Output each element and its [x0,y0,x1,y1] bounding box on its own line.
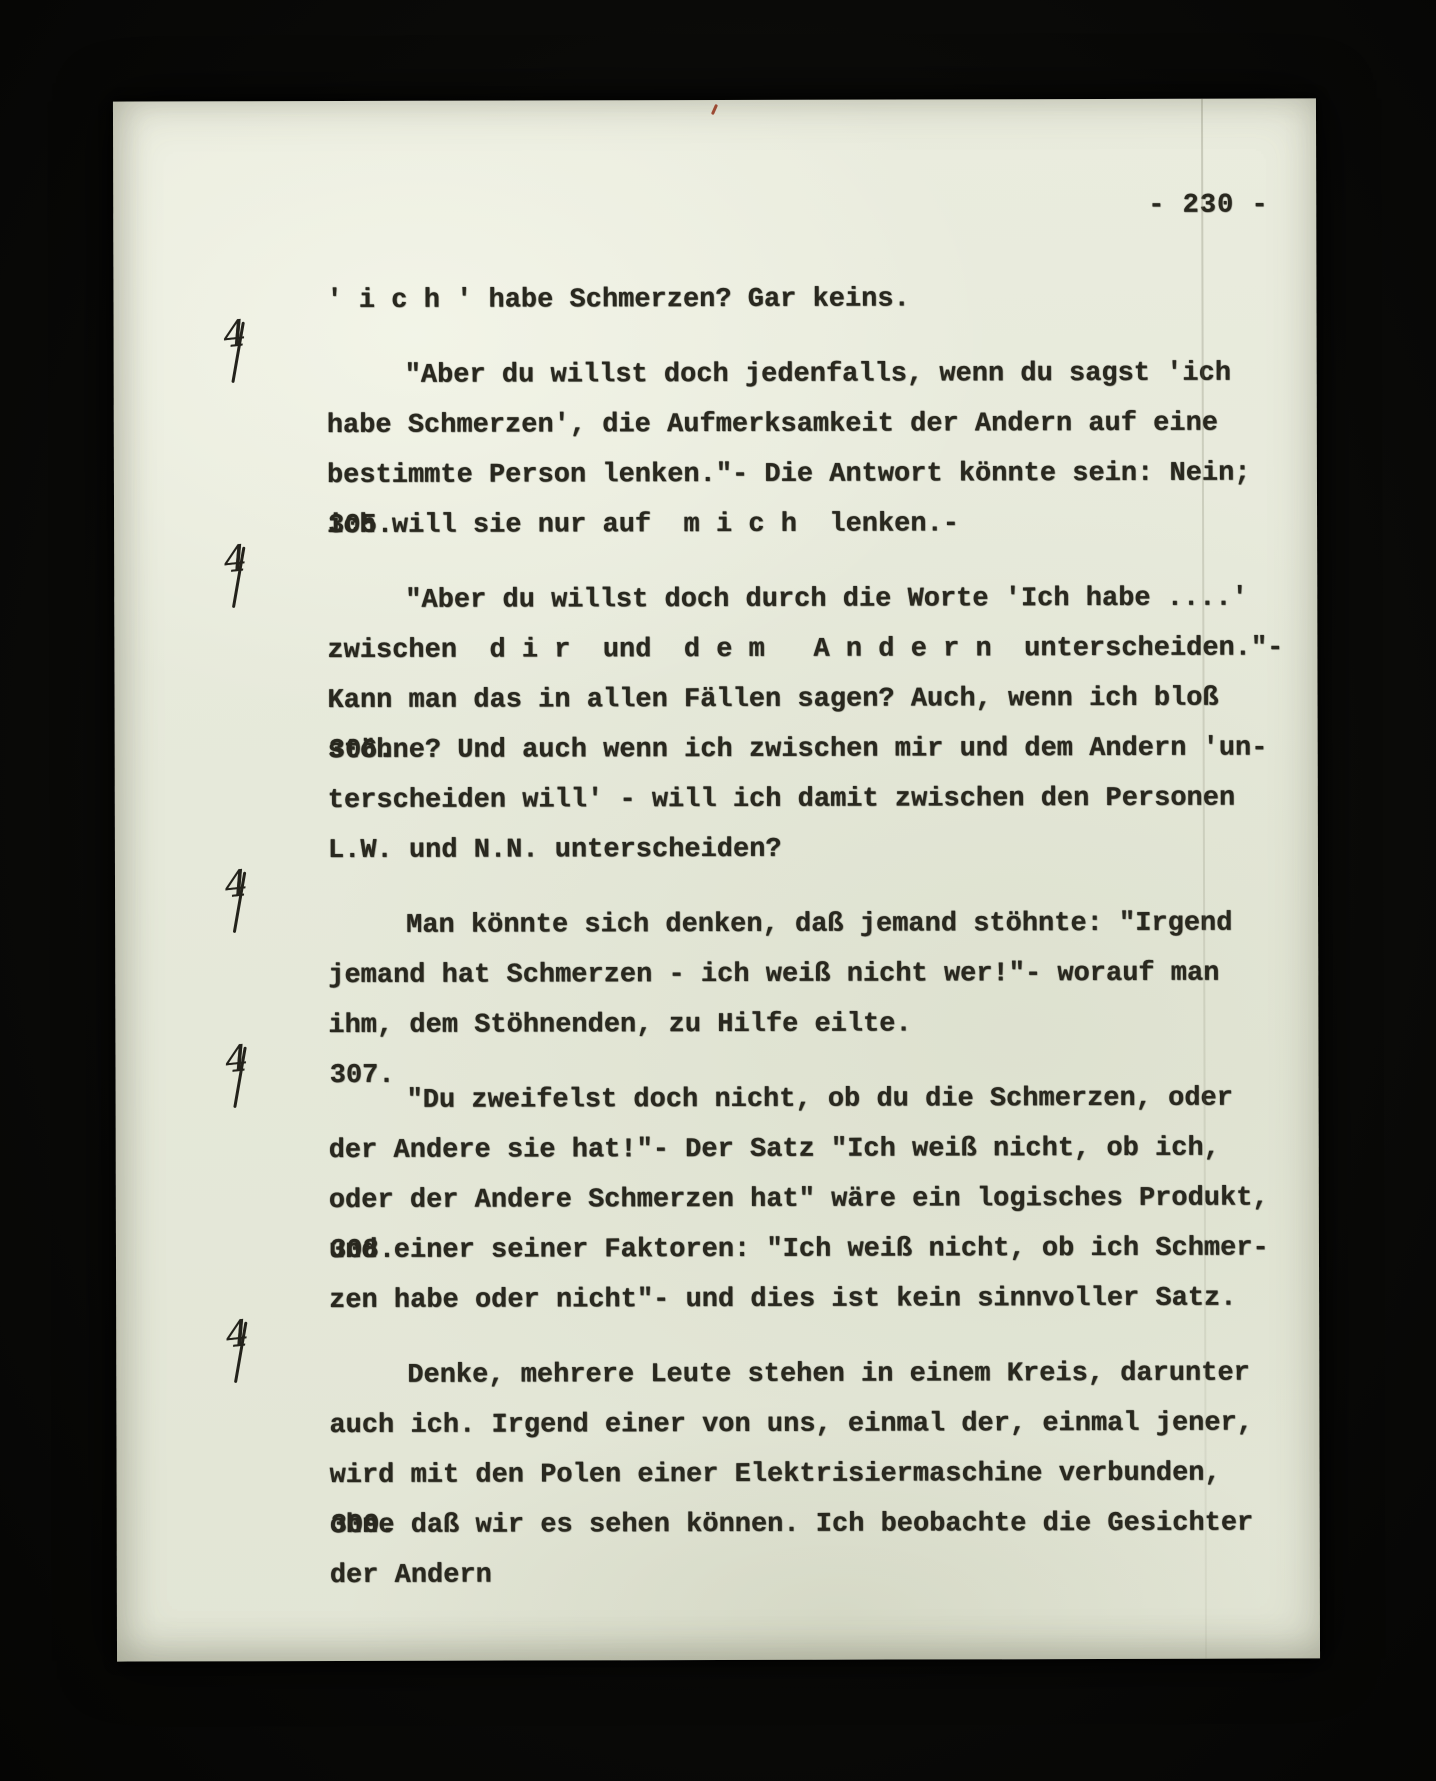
paragraph-number: 4 309. [233,1351,396,1601]
typed-line: zen habe oder nicht"- und dies ist kein … [329,1273,1349,1326]
paragraph: 4 305. "Aber du willst doch jedenfalls, … [327,348,1348,551]
page-number: - 230 - [1148,181,1269,231]
paragraph: 4 309. Denke, mehrere Leute stehen in ei… [329,1348,1350,1601]
typed-line: L.W. und N.N. unterscheiden? [328,823,1348,876]
paragraph-number-rest: 05. [344,511,393,541]
typed-line: habe Schmerzen', die Aufmerksamkeit der … [327,398,1347,451]
typed-line: der Andern [330,1548,1350,1601]
paragraph-number-rest: 06. [345,736,394,766]
typed-line: jemand hat Schmerzen - ich weiß nicht we… [328,948,1348,1001]
typed-line: zwischen d i r und d e m A n d e r n unt… [327,623,1347,676]
typed-line: Denke, mehrere Leute stehen in einem Kre… [329,1348,1349,1401]
typed-line: ohne daß wir es sehen können. Ich beobac… [330,1498,1350,1551]
typescript-page: - 230 - ' i c h ' habe Schmerzen? Gar ke… [113,98,1320,1661]
paragraph: 4 308. "Du zweifelst doch nicht, ob du d… [329,1073,1350,1326]
typed-line: ihm, dem Stöhnenden, zu Hilfe eilte. [328,998,1348,1051]
typed-text-block: ' i c h ' habe Schmerzen? Gar keins. 4 3… [326,273,1350,1626]
paragraph-number-rest: 08. [346,1236,395,1266]
typed-line: der Andere sie hat!"- Der Satz "Ich weiß… [329,1123,1349,1176]
typed-line: ich will sie nur auf m i c h lenken.- [327,498,1347,551]
typed-line: "Du zweifelst doch nicht, ob du die Schm… [329,1073,1349,1126]
paragraph-lines: "Aber du willst doch jedenfalls, wenn du… [327,348,1348,551]
paragraph-number-rest: 09. [347,1511,396,1541]
struck-digit: 3 [329,726,345,776]
typed-line: wird mit den Polen einer Elektrisiermasc… [329,1448,1349,1501]
paragraph-lines: "Aber du willst doch durch die Worte 'Ic… [327,573,1348,876]
paragraph: 4 306. "Aber du willst doch durch die Wo… [327,573,1348,876]
paper-fiber-mark [711,104,718,115]
paragraph-lines: Denke, mehrere Leute stehen in einem Kre… [329,1348,1350,1601]
paragraph-number: 4 306. [231,576,394,826]
typed-line: und einer seiner Faktoren: "Ich weiß nic… [329,1223,1349,1276]
scan-background: - 230 - ' i c h ' habe Schmerzen? Gar ke… [0,0,1436,1781]
typed-line: "Aber du willst doch jedenfalls, wenn du… [327,348,1347,401]
typed-line: stöhne? Und auch wenn ich zwischen mir u… [328,723,1348,776]
struck-digit: 3 [331,1501,347,1551]
paragraph: 4 307. Man könnte sich denken, daß jeman… [328,898,1348,1051]
typed-line: bestimmte Person lenken."- Die Antwort k… [327,448,1347,501]
typed-line: oder der Andere Schmerzen hat" wäre ein … [329,1173,1349,1226]
paragraph-number: 4 305. [231,351,394,601]
struck-digit: 3 [330,1226,346,1276]
struck-digit: 3 [328,501,344,551]
typed-line: Man könnte sich denken, daß jemand stöhn… [328,898,1348,951]
typed-line: terscheiden will' - will ich damit zwisc… [328,773,1348,826]
paragraph-lines: Man könnte sich denken, daß jemand stöhn… [328,898,1348,1051]
paragraph-number: 4 308. [233,1076,396,1326]
paragraphs-container: 4 305. "Aber du willst doch jedenfalls, … [327,348,1350,1601]
typed-line: auch ich. Irgend einer von uns, einmal d… [329,1398,1349,1451]
paragraph-lines: "Du zweifelst doch nicht, ob du die Schm… [329,1073,1350,1326]
intro-line: ' i c h ' habe Schmerzen? Gar keins. [326,273,1346,326]
typed-line: "Aber du willst doch durch die Worte 'Ic… [327,573,1347,626]
typed-line: Kann man das in allen Fällen sagen? Auch… [327,673,1347,726]
